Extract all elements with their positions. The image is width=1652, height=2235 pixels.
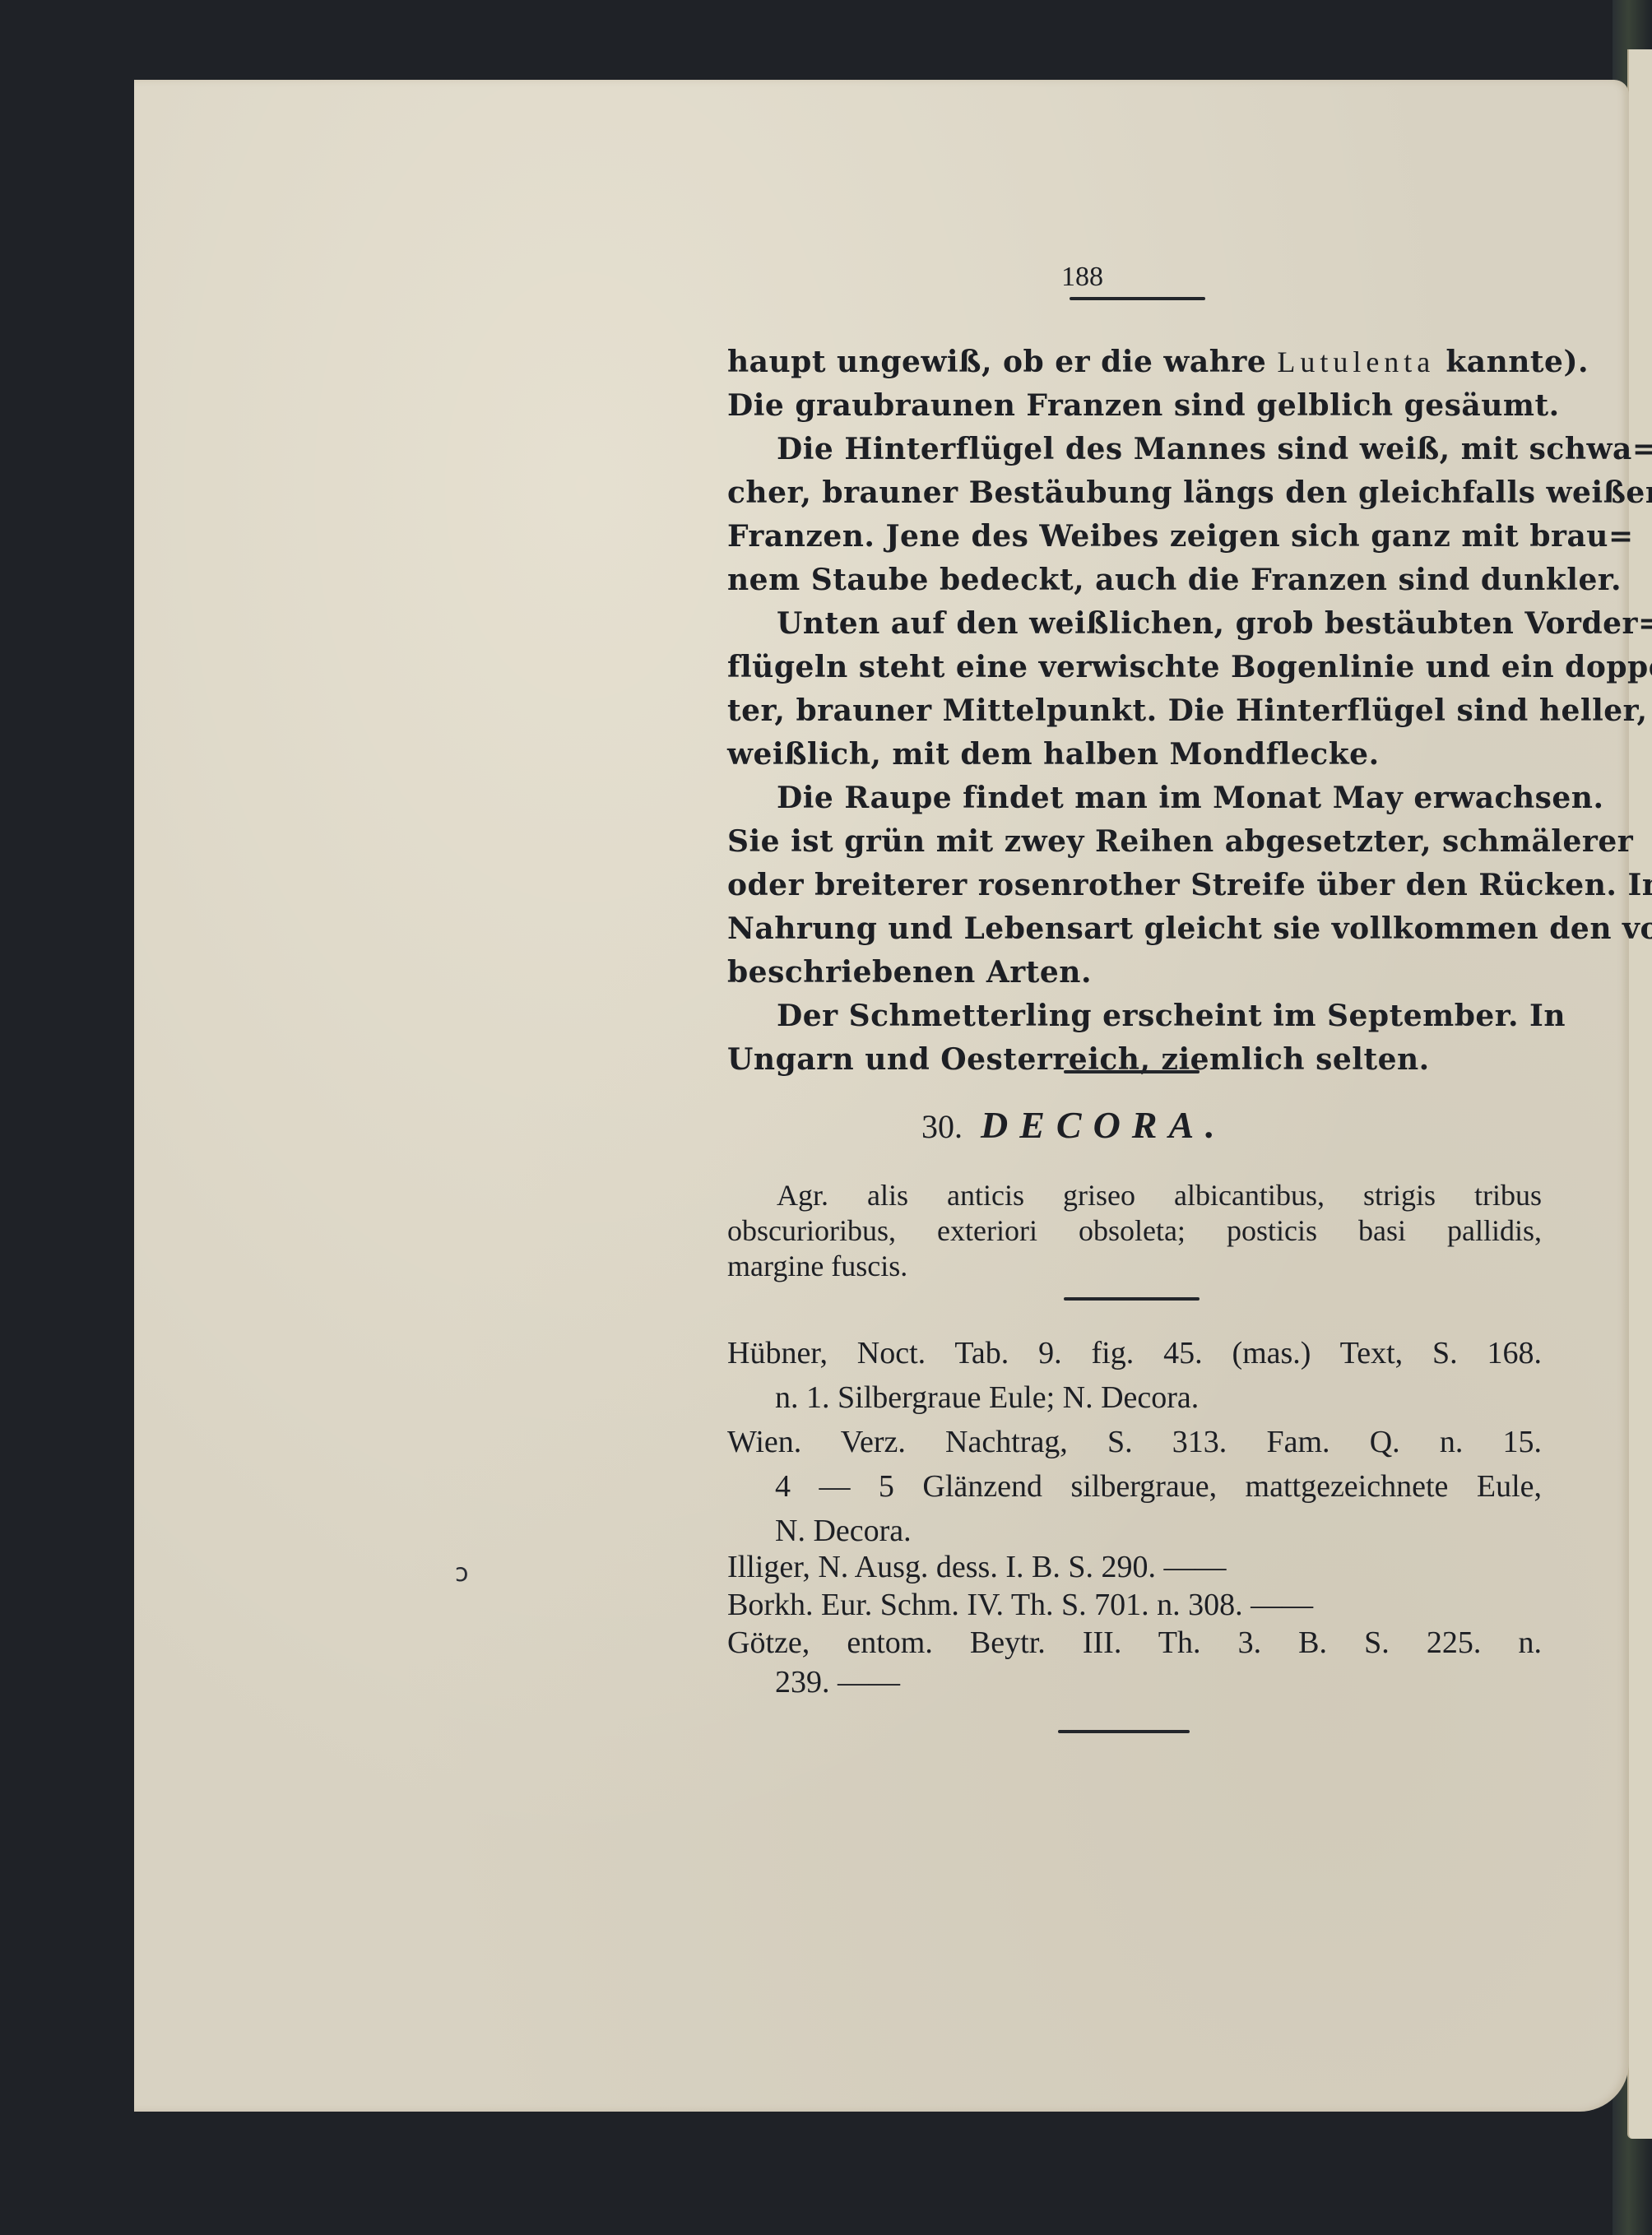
body-line: weißlich, mit dem halben Mondflecke. — [727, 732, 1542, 777]
body-line: Der Schmetterling erscheint im September… — [777, 994, 1542, 1038]
reference-line: Wien. Verz. Nachtrag, S. 313. Fam. Q. n.… — [727, 1420, 1542, 1464]
adjacent-page-edge — [1627, 49, 1652, 2139]
body-line: oder breiterer rosenrother Streife über … — [727, 863, 1542, 907]
body-line: Die Hinterflügel des Mannes sind weiß, m… — [777, 427, 1542, 471]
diagnosis-line: margine fuscis. — [727, 1244, 1542, 1288]
body-line: cher, brauner Bestäubung längs den gleic… — [727, 471, 1542, 515]
body-line: Unten auf den weißlichen, grob bestäubte… — [777, 601, 1542, 646]
reference-line: 4 — 5 Glänzend silbergraue, mattgezeichn… — [775, 1464, 1542, 1509]
body-line: Nahrung und Lebensart gleicht sie vollko… — [727, 907, 1542, 951]
body-line: Die Raupe findet man im Monat May erwach… — [777, 776, 1542, 820]
reference-line: n. 1. Silbergraue Eule; N. Decora. — [775, 1375, 1542, 1420]
body-line: haupt ungewiß, ob er die wahre Lutulenta… — [727, 340, 1542, 384]
species-heading: 30.DECORA. — [921, 1101, 1333, 1150]
body-line: ter, brauner Mittelpunkt. Die Hinterflüg… — [727, 689, 1542, 733]
section-rule-bottom — [1064, 1297, 1200, 1301]
body-line: beschriebenen Arten. — [727, 950, 1542, 995]
species-name-inline: Lutulenta — [1277, 345, 1435, 378]
page-number-rule — [1070, 297, 1205, 300]
species-title: DECORA. — [981, 1104, 1227, 1146]
species-number: 30. — [921, 1108, 963, 1145]
reference-line: 239. —— — [775, 1660, 1542, 1704]
section-rule-top — [1064, 1070, 1200, 1073]
body-line: flügeln steht eine verwischte Bogenlinie… — [727, 645, 1542, 689]
body-line: Ungarn und Oesterreich, ziemlich selten. — [727, 1037, 1542, 1082]
page-number: 188 — [1061, 262, 1102, 293]
stray-ink-mark: ↄ — [455, 1559, 468, 1588]
body-line: Die graubraunen Franzen sind gelblich ge… — [727, 383, 1542, 428]
body-line: nem Staube bedeckt, auch die Franzen sin… — [727, 558, 1542, 602]
body-line: Sie ist grün mit zwey Reihen abgesetzter… — [727, 819, 1542, 864]
body-line: Franzen. Jene des Weibes zeigen sich gan… — [727, 514, 1542, 559]
closing-rule — [1058, 1730, 1190, 1733]
reference-line: Götze, entom. Beytr. III. Th. 3. B. S. 2… — [727, 1621, 1542, 1665]
reference-line: Hübner, Noct. Tab. 9. fig. 45. (mas.) Te… — [727, 1331, 1542, 1375]
